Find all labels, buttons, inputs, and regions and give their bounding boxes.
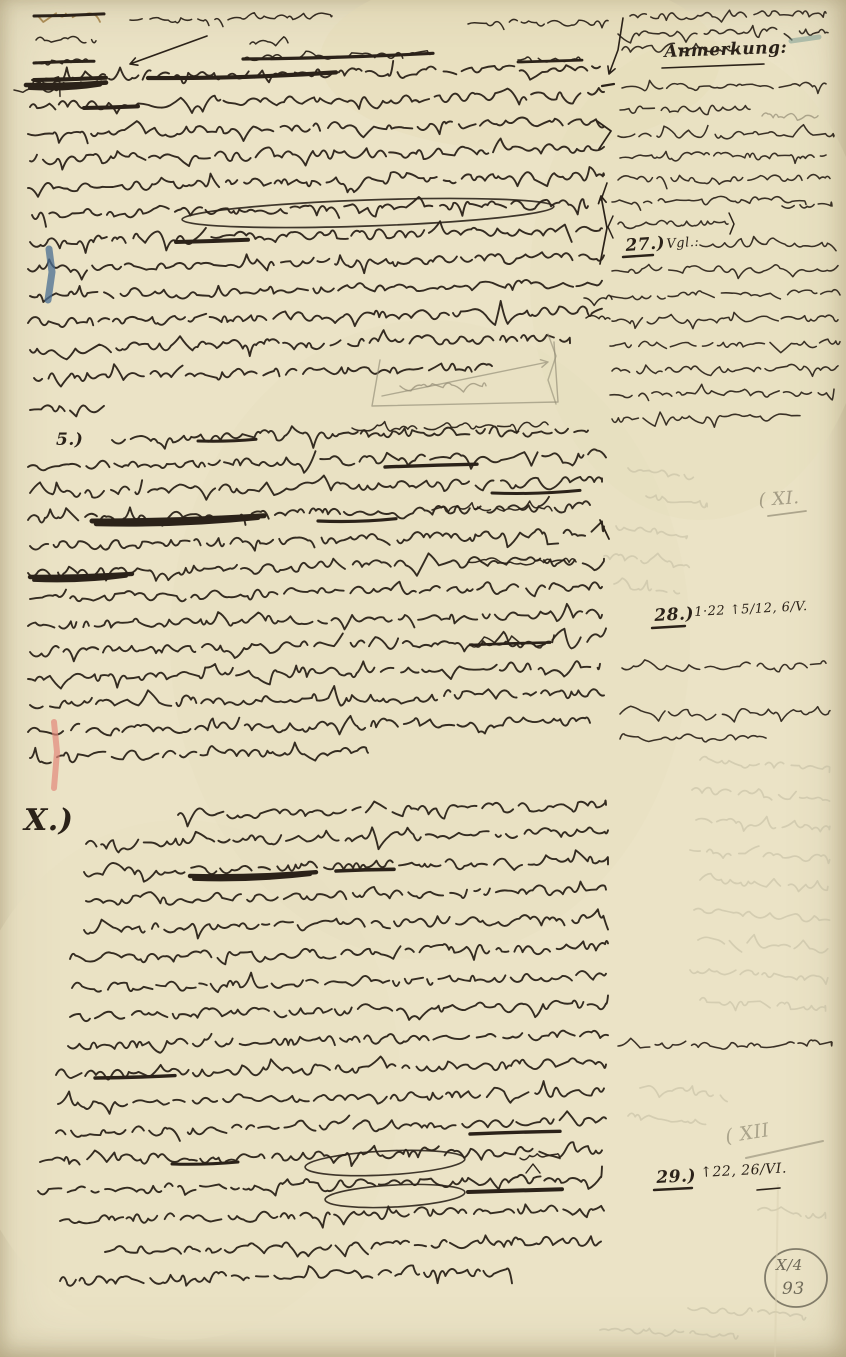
- note-ref-29: ↑22, 26/VI.: [700, 1161, 787, 1180]
- pencil-folio-xii: ( XII: [724, 1121, 771, 1147]
- note-number-29: 29.): [656, 1168, 696, 1187]
- manuscript-page: Anmerkung:27.)Vgl.:28.)1·22 ↑5/12, 6/V.2…: [0, 0, 846, 1357]
- section-number-x: X.): [24, 806, 73, 836]
- note-number-27: 27.): [625, 235, 666, 255]
- note-number-28: 28.): [654, 606, 694, 625]
- legible-labels-layer: Anmerkung:27.)Vgl.:28.)1·22 ↑5/12, 6/V.2…: [0, 0, 846, 1357]
- margin-heading: Anmerkung:: [664, 40, 788, 61]
- pencil-folio-xi: ( XI.: [758, 489, 800, 510]
- note-ref-vgl: Vgl.:: [666, 236, 700, 251]
- note-ref-28: 1·22 ↑5/12, 6/V.: [694, 600, 808, 619]
- section-number-5: 5.): [56, 432, 83, 449]
- stamp-page-number: 93: [782, 1281, 805, 1298]
- stamp-folio: X/4: [776, 1258, 803, 1273]
